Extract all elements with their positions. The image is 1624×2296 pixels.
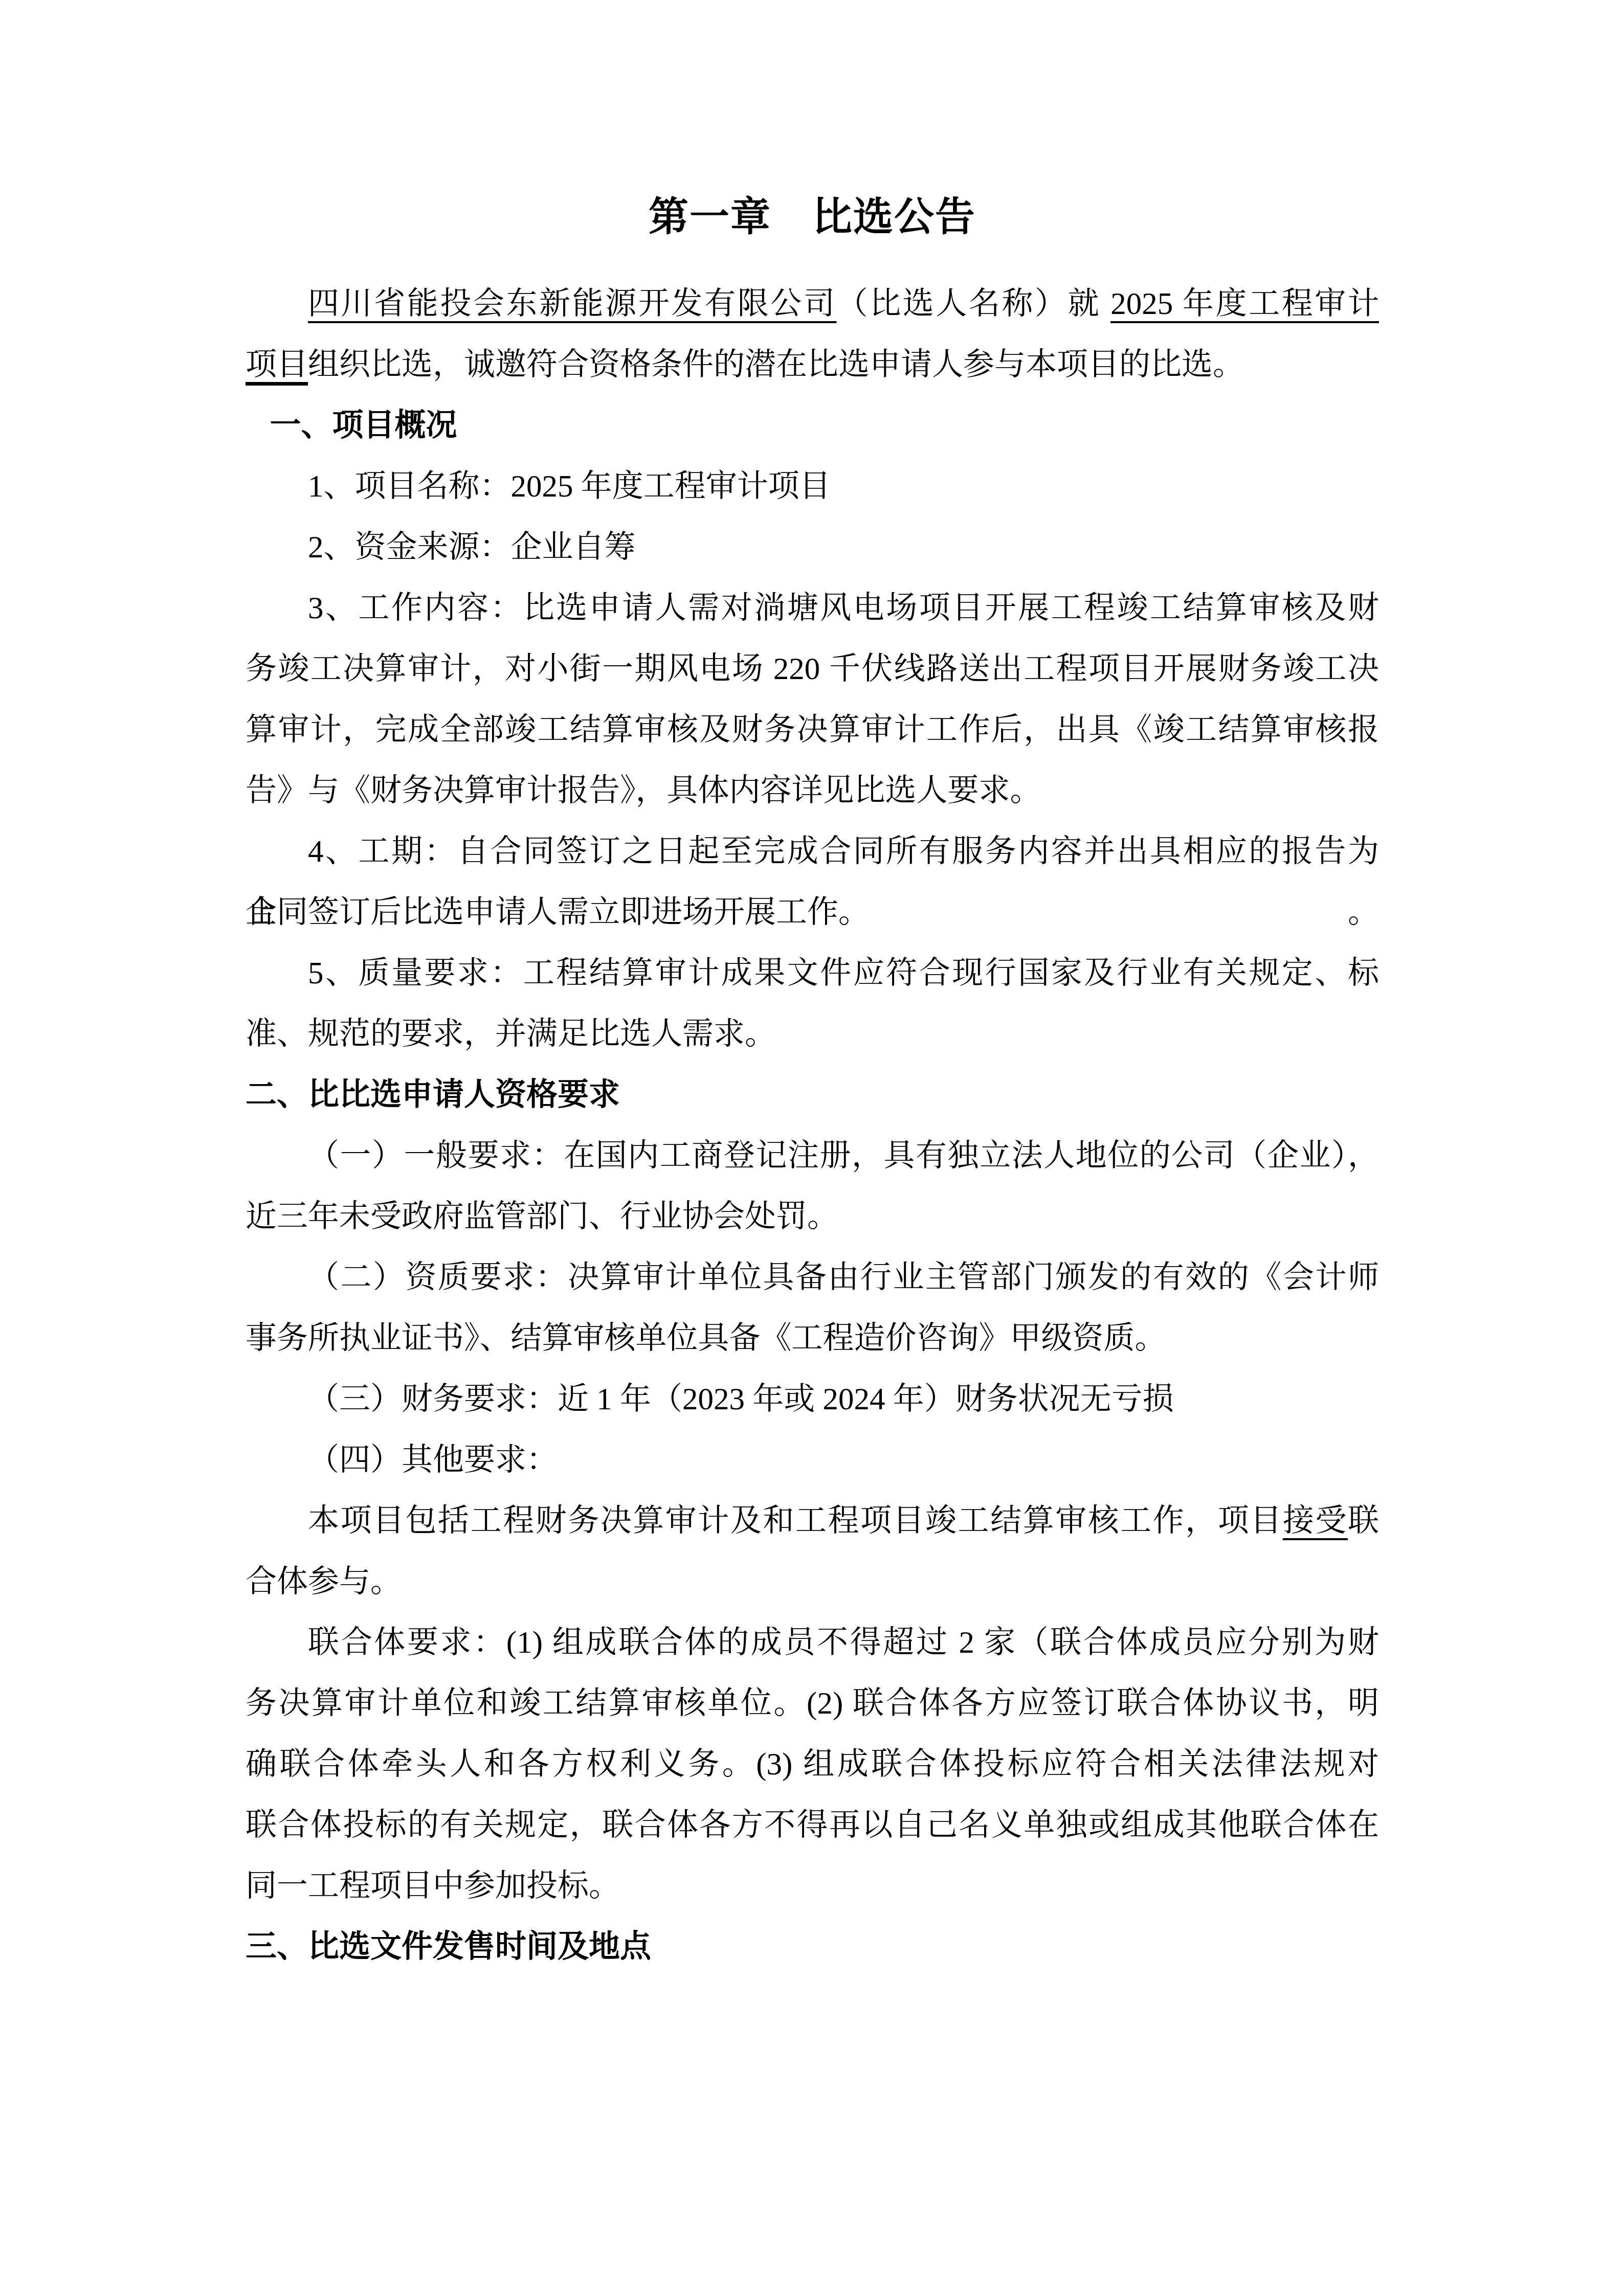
text-run: （比选人名称）就 [837,287,1111,321]
heading-section-2: 二、比比选申请人资格要求 [246,1065,1379,1126]
text-line: 准、规范的要求，并满足比选人需求。 [246,1004,1379,1065]
text-run: 合体参与。 [246,1565,402,1599]
underlined-text: 2025 年度工程审计 [1110,287,1379,321]
heading-section-1: 一、项目概况 [246,395,1379,456]
text-run: （一）一般要求：在国内工商登记注册，具有独立法人地位的公司（企业）， [308,1139,1379,1173]
text-line: 联合体投标的有关规定，联合体各方不得再以自己名义单独或组成其他联合体在 [246,1795,1379,1856]
text-run: （三）财务要求：近 1 年（2023 年或 2024 年）财务状况无亏损 [308,1382,1174,1416]
text-run: 组织比选，诚邀符合资格条件的潜在比选申请人参与本项目的比选。 [308,348,1244,382]
text-line: 同一工程项目中参加投标。 [246,1856,1379,1917]
text-line: （二）资质要求：决算审计单位具备由行业主管部门颁发的有效的《会计师 [246,1247,1379,1308]
text-line: 事务所执业证书》、结算审核单位具备《工程造价咨询》甲级资质。 [246,1308,1379,1369]
paragraph-intro: 四川省能投会东新能源开发有限公司（比选人名称）就 2025 年度工程审计项目组织… [246,274,1379,395]
text-line: 一、项目概况 [246,395,1379,456]
text-line: 务竣工决算审计，对小街一期风电场 220 千伏线路送出工程项目开展财务竣工决 [246,639,1379,700]
text-run: 同一工程项目中参加投标。 [246,1869,620,1903]
text-run: 5、质量要求：工程结算审计成果文件应符合现行国家及行业有关规定、标 [308,956,1379,991]
text-run: 1、项目名称：2025 年度工程审计项目 [308,469,831,504]
text-line: 二、比比选申请人资格要求 [246,1065,1379,1126]
text-line: 3、工作内容：比选申请人需对淌塘风电场项目开展工程竣工结算审核及财 [246,578,1379,639]
text-run: 近三年未受政府监管部门、行业协会处罚。 [246,1200,838,1234]
text-run: （二）资质要求：决算审计单位具备由行业主管部门颁发的有效的《会计师 [308,1260,1379,1295]
text-run: 2、资金来源：企业自筹 [308,530,636,565]
text-line: 务决算审计单位和竣工结算审核单位。(2) 联合体各方应签订联合体协议书，明 [246,1673,1379,1734]
paragraph-consortium-rules: 联合体要求：(1) 组成联合体的成员不得超过 2 家（联合体成员应分别为财务决算… [246,1612,1379,1917]
text-run: 一、项目概况 [270,409,457,443]
text-line: 4、工期：自合同签订之日起至完成合同所有服务内容并出具相应的报告为止。 [246,821,1379,882]
text-line: 2、资金来源：企业自筹 [246,517,1379,578]
text-line: 告》与《财务决算审计报告》，具体内容详见比选人要求。 [246,760,1379,821]
text-run: 事务所执业证书》、结算审核单位具备《工程造价咨询》甲级资质。 [246,1321,1166,1356]
text-run: 联合体投标的有关规定，联合体各方不得再以自己名义单独或组成其他联合体在 [246,1808,1379,1842]
item-funding-source: 2、资金来源：企业自筹 [246,517,1379,578]
item-duration: 4、工期：自合同签订之日起至完成合同所有服务内容并出具相应的报告为止。合同签订后… [246,821,1379,943]
text-run: 3、工作内容：比选申请人需对淌塘风电场项目开展工程竣工结算审核及财 [308,591,1379,625]
underlined-text: 接受 [1283,1504,1348,1538]
text-line: （一）一般要求：在国内工商登记注册，具有独立法人地位的公司（企业）， [246,1126,1379,1186]
text-run: （四）其他要求： [308,1443,558,1477]
text-line: 项目组织比选，诚邀符合资格条件的潜在比选申请人参与本项目的比选。 [246,334,1379,395]
requirement-financial: （三）财务要求：近 1 年（2023 年或 2024 年）财务状况无亏损 [246,1369,1379,1430]
document-title: 第一章 比选公告 [246,184,1379,251]
text-line: 近三年未受政府监管部门、行业协会处罚。 [246,1186,1379,1247]
text-run: 本项目包括工程财务决算审计及和工程项目竣工结算审核工作，项目 [308,1504,1283,1538]
underlined-text: 项目 [246,348,308,382]
document-body: 四川省能投会东新能源开发有限公司（比选人名称）就 2025 年度工程审计项目组织… [246,274,1379,1977]
text-run: 三、比选文件发售时间及地点 [246,1930,651,1964]
text-run: 告》与《财务决算审计报告》，具体内容详见比选人要求。 [246,774,1041,808]
text-run: 联 [1348,1504,1379,1538]
text-run: 联合体要求：(1) 组成联合体的成员不得超过 2 家（联合体成员应分别为财 [308,1626,1379,1660]
item-project-name: 1、项目名称：2025 年度工程审计项目 [246,456,1379,517]
page: 第一章 比选公告 四川省能投会东新能源开发有限公司（比选人名称）就 2025 年… [0,0,1624,2296]
underlined-text: 四川省能投会东新能源开发有限公司 [308,287,837,321]
text-run: 二、比比选申请人资格要求 [246,1078,620,1112]
text-line: 联合体要求：(1) 组成联合体的成员不得超过 2 家（联合体成员应分别为财 [246,1612,1379,1673]
text-line: 本项目包括工程财务决算审计及和工程项目竣工结算审核工作，项目接受联 [246,1491,1379,1551]
text-line: 四川省能投会东新能源开发有限公司（比选人名称）就 2025 年度工程审计 [246,274,1379,334]
text-run: 务决算审计单位和竣工结算审核单位。(2) 联合体各方应签订联合体协议书，明 [246,1686,1379,1721]
requirement-qualification: （二）资质要求：决算审计单位具备由行业主管部门颁发的有效的《会计师事务所执业证书… [246,1247,1379,1369]
text-line: 确联合体牵头人和各方权利义务。(3) 组成联合体投标应符合相关法律法规对 [246,1734,1379,1795]
paragraph-consortium-accept: 本项目包括工程财务决算审计及和工程项目竣工结算审核工作，项目接受联合体参与。 [246,1491,1379,1612]
item-work-content: 3、工作内容：比选申请人需对淌塘风电场项目开展工程竣工结算审核及财务竣工决算审计… [246,578,1379,821]
heading-section-3: 三、比选文件发售时间及地点 [246,1917,1379,1977]
text-line: （三）财务要求：近 1 年（2023 年或 2024 年）财务状况无亏损 [246,1369,1379,1430]
requirement-other: （四）其他要求： [246,1430,1379,1491]
text-run: 准、规范的要求，并满足比选人需求。 [246,1017,776,1051]
requirement-general: （一）一般要求：在国内工商登记注册，具有独立法人地位的公司（企业），近三年未受政… [246,1126,1379,1247]
item-quality: 5、质量要求：工程结算审计成果文件应符合现行国家及行业有关规定、标准、规范的要求… [246,943,1379,1065]
text-line: （四）其他要求： [246,1430,1379,1491]
text-line: 三、比选文件发售时间及地点 [246,1917,1379,1977]
text-run: 确联合体牵头人和各方权利义务。(3) 组成联合体投标应符合相关法律法规对 [246,1747,1379,1782]
text-line: 算审计，完成全部竣工结算审核及财务决算审计工作后，出具《竣工结算审核报 [246,700,1379,760]
text-line: 5、质量要求：工程结算审计成果文件应符合现行国家及行业有关规定、标 [246,943,1379,1004]
text-run: 合同签订后比选申请人需立即进场开展工作。 [246,895,870,930]
text-run: 算审计，完成全部竣工结算审核及财务决算审计工作后，出具《竣工结算审核报 [246,713,1379,747]
text-line: 合体参与。 [246,1551,1379,1612]
text-run: 务竣工决算审计，对小街一期风电场 220 千伏线路送出工程项目开展财务竣工决 [246,652,1379,686]
text-line: 1、项目名称：2025 年度工程审计项目 [246,456,1379,517]
